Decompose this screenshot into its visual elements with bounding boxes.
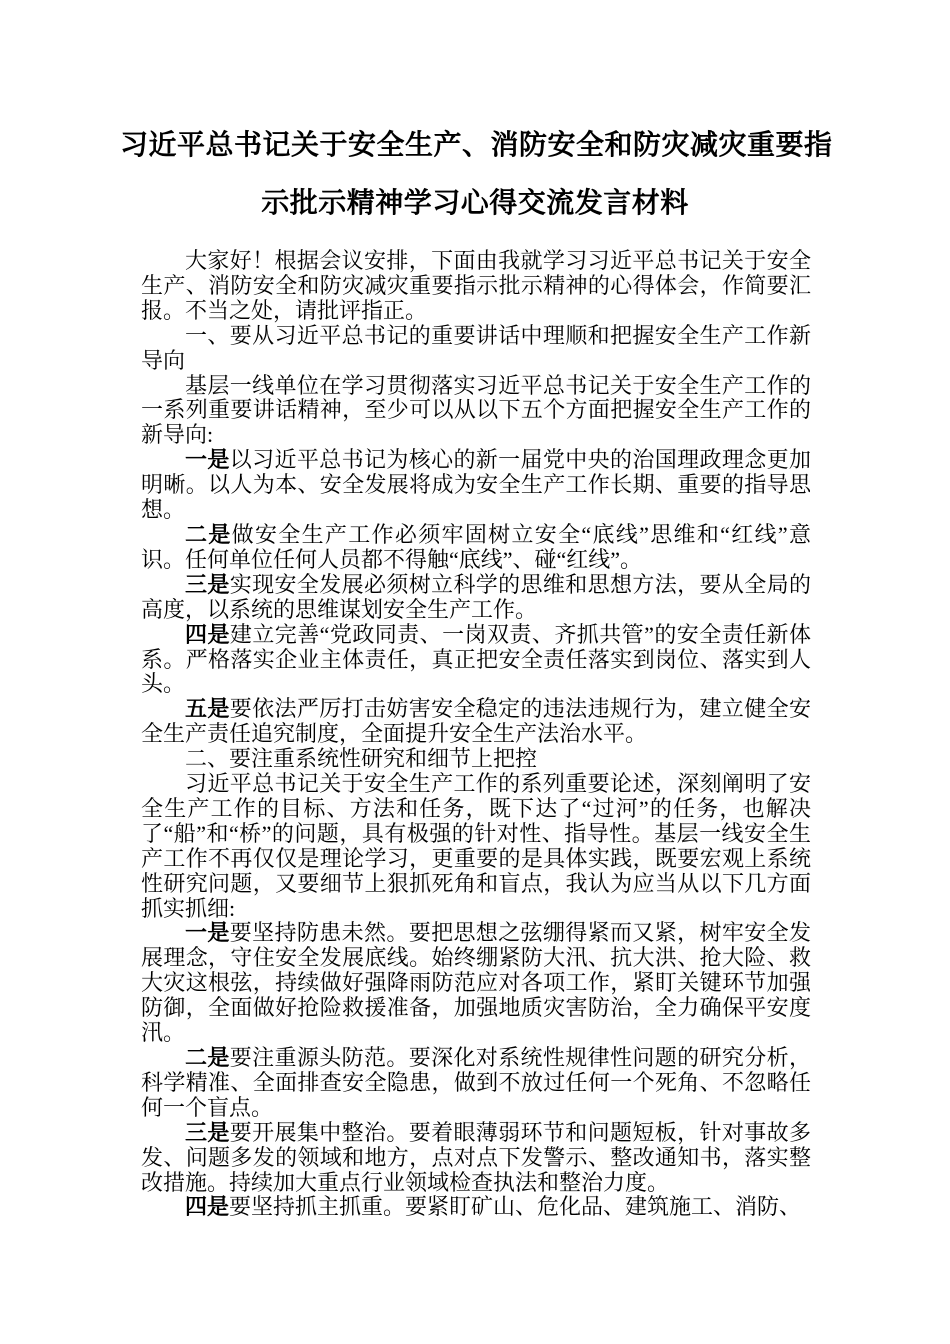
paragraph-text: 要依法严厉打击妨害安全稳定的违法违规行为，建立健全安全生产责任追究制度，全面提升… [141,696,811,746]
paragraph: 一、要从习近平总书记的重要讲话中理顺和把握安全生产工作新导向 [141,324,811,374]
paragraph-lead: 二是 [185,1045,230,1070]
document-body: 大家好！根据会议安排，下面由我就学习习近平总书记关于安全生产、消防安全和防灾减灾… [141,249,811,1220]
paragraph: 一是以习近平总书记为核心的新一届党中央的治国理政理念更加明晰。以人为本、安全发展… [141,448,811,523]
paragraph-text: 实现安全发展必须树立科学的思维和思想方法，要从全局的高度，以系统的思维谋划安全生… [141,572,811,622]
paragraph-text: 习近平总书记关于安全生产工作的系列重要论述，深刻阐明了安全生产工作的目标、方法和… [141,771,811,921]
paragraph-lead: 三是 [185,1120,230,1145]
document-title: 习近平总书记关于安全生产、消防安全和防灾减灾重要指 示批示精神学习心得交流发言材… [120,117,830,233]
paragraph: 基层一线单位在学习贯彻落实习近平总书记关于安全生产工作的一系列重要讲话精神，至少… [141,374,811,449]
paragraph-text: 建立完善“党政同责、一岗双责、齐抓共管”的安全责任新体系。严格落实企业主体责任，… [141,622,811,697]
paragraph-text: 做安全生产工作必须牢固树立安全“底线”思维和“红线”意识。任何单位任何人员都不得… [141,522,811,572]
paragraph-lead: 一是 [185,920,230,945]
paragraph: 四是建立完善“党政同责、一岗双责、齐抓共管”的安全责任新体系。严格落实企业主体责… [141,623,811,698]
paragraph-text: 大家好！根据会议安排，下面由我就学习习近平总书记关于安全生产、消防安全和防灾减灾… [141,248,811,323]
paragraph: 四是要坚持抓主抓重。要紧盯矿山、危化品、建筑施工、消防、 [141,1195,811,1220]
paragraph-text: 二、要注重系统性研究和细节上把控 [185,746,537,771]
paragraph-text: 以习近平总书记为核心的新一届党中央的治国理政理念更加明晰。以人为本、安全发展将成… [141,447,811,522]
paragraph: 二是做安全生产工作必须牢固树立安全“底线”思维和“红线”意识。任何单位任何人员都… [141,523,811,573]
document-page: 习近平总书记关于安全生产、消防安全和防灾减灾重要指 示批示精神学习心得交流发言材… [0,0,950,1344]
paragraph: 五是要依法严厉打击妨害安全稳定的违法违规行为，建立健全安全生产责任追究制度，全面… [141,697,811,747]
paragraph-text: 要注重源头防范。要深化对系统性规律性问题的研究分析，科学精准、全面排查安全隐患，… [141,1045,811,1120]
paragraph-text: 要坚持防患未然。要把思想之弦绷得紧而又紧，树牢安全发展理念，守住安全发展底线。始… [141,920,811,1045]
paragraph-text: 基层一线单位在学习贯彻落实习近平总书记关于安全生产工作的一系列重要讲话精神，至少… [141,373,811,448]
paragraph: 习近平总书记关于安全生产工作的系列重要论述，深刻阐明了安全生产工作的目标、方法和… [141,772,811,921]
document-title-line-1: 习近平总书记关于安全生产、消防安全和防灾减灾重要指 [120,117,830,175]
paragraph: 大家好！根据会议安排，下面由我就学习习近平总书记关于安全生产、消防安全和防灾减灾… [141,249,811,324]
paragraph: 二、要注重系统性研究和细节上把控 [141,747,811,772]
document-title-line-2: 示批示精神学习心得交流发言材料 [120,175,830,233]
paragraph: 三是实现安全发展必须树立科学的思维和思想方法，要从全局的高度，以系统的思维谋划安… [141,573,811,623]
paragraph: 一是要坚持防患未然。要把思想之弦绷得紧而又紧，树牢安全发展理念，守住安全发展底线… [141,921,811,1046]
paragraph-lead: 二是 [185,522,232,547]
paragraph-lead: 四是 [185,1194,229,1219]
paragraph-text: 一、要从习近平总书记的重要讲话中理顺和把握安全生产工作新导向 [141,323,811,373]
paragraph: 三是要开展集中整治。要着眼薄弱环节和问题短板，针对事故多发、问题多发的领域和地方… [141,1121,811,1196]
paragraph-lead: 四是 [185,622,230,647]
paragraph: 二是要注重源头防范。要深化对系统性规律性问题的研究分析，科学精准、全面排查安全隐… [141,1046,811,1121]
paragraph-lead: 一是 [185,447,230,472]
paragraph-text: 要开展集中整治。要着眼薄弱环节和问题短板，针对事故多发、问题多发的领域和地方，点… [141,1120,811,1195]
paragraph-text: 要坚持抓主抓重。要紧盯矿山、危化品、建筑施工、消防、 [229,1194,801,1219]
paragraph-lead: 五是 [185,696,230,721]
paragraph-lead: 三是 [185,572,230,597]
